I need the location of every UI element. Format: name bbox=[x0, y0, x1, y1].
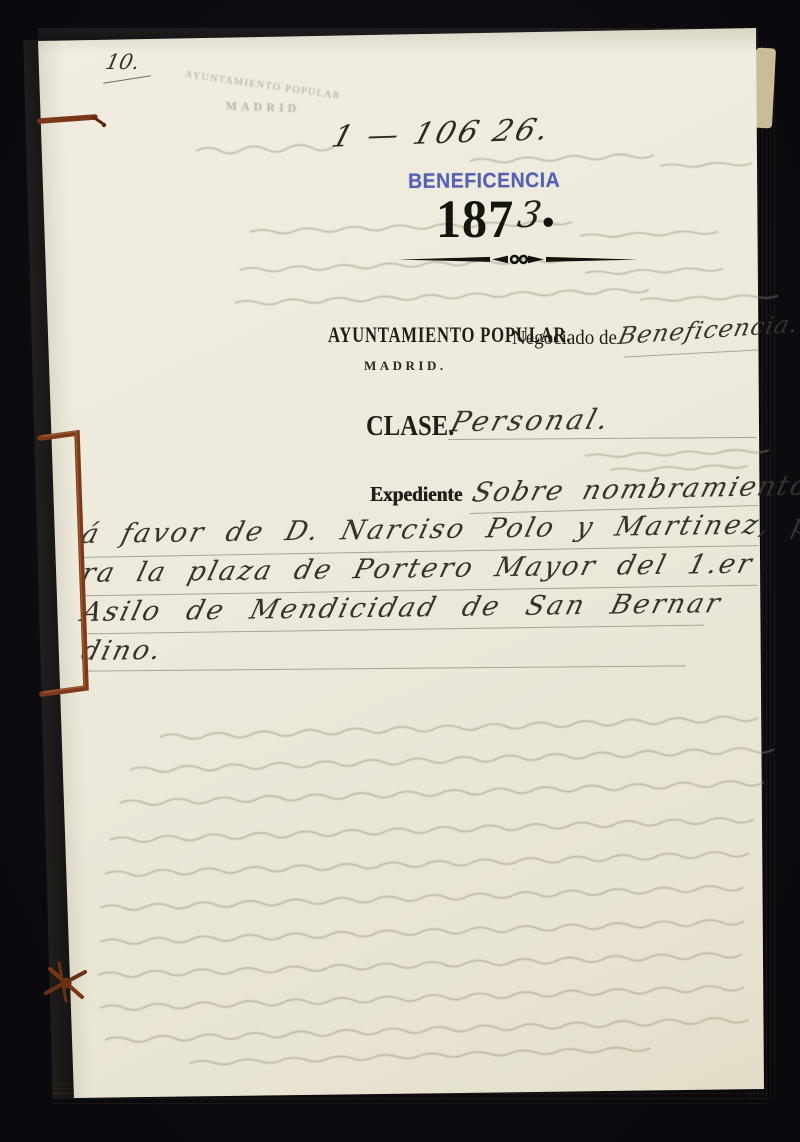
archival-scan: AYUNTAMIENTO POPULAR MADRID 10. 1 — 106 … bbox=[0, 0, 800, 1142]
folio-number: 10. bbox=[103, 50, 142, 74]
subject-line-5: dino. bbox=[78, 635, 166, 667]
year-printed: 187 bbox=[436, 192, 514, 246]
sheet-shading-top bbox=[38, 28, 758, 54]
ghost-letterhead: AYUNTAMIENTO POPULAR MADRID bbox=[158, 80, 368, 115]
letterhead-city: MADRID. bbox=[364, 358, 447, 374]
expediente-label: Expediente bbox=[370, 482, 462, 507]
divider-ornament bbox=[396, 251, 640, 268]
clase-label: CLASE. bbox=[366, 410, 454, 443]
negociado-label: Negociado de bbox=[512, 327, 617, 350]
year-period: . bbox=[541, 178, 556, 236]
clase-value: Personal. bbox=[447, 403, 615, 439]
